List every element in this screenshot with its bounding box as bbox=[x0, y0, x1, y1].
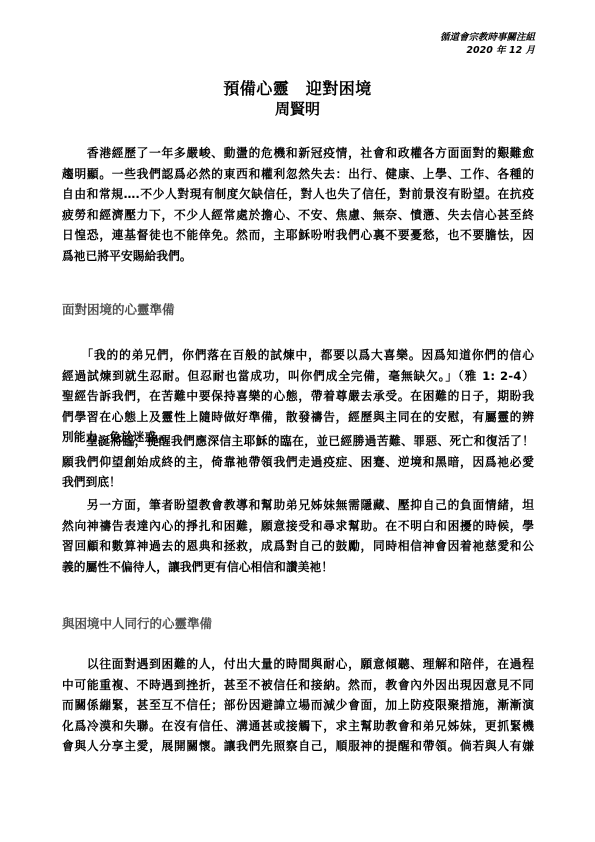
text-line: 會與人分享主愛，展開關懷。讓我們先照察自己，順服神的提醒和帶領。倘若與人有嫌 bbox=[62, 736, 534, 757]
paragraph: 以往面對遇到困難的人，付出大量的時間與耐心，願意傾聽、理解和陪伴，在過程 中可能… bbox=[62, 654, 534, 757]
text-line: 趨明顯。一些我們認爲必然的東西和權利忽然失去：出行、健康、上學、工作、各種的 bbox=[62, 164, 534, 185]
text-line: 「我的的弟兄們，你們落在百般的試煉中，都要以爲大喜樂。因爲知道你們的信心 bbox=[62, 345, 534, 366]
section-heading: 與困境中人同行的心靈準備 bbox=[62, 614, 212, 632]
text-line: 我們到底！ bbox=[62, 472, 534, 493]
header-meta: 循道會宗教時事關注組 2020 年 12 月 bbox=[440, 31, 535, 57]
intro-paragraph: 香港經歷了一年多嚴峻、動盪的危機和新冠疫情，社會和政權各方面面對的艱難愈 趨明顯… bbox=[62, 143, 534, 266]
text-line: 習回顧和數算神過去的恩典和拯救，成爲對自己的鼓勵，同時相信神會因着祂慈愛和公 bbox=[62, 536, 534, 557]
paragraph: 聖誕將臨，提醒我們應深信主耶穌的臨在，並已經勝過苦難、罪惡、死亡和復活了！ 願我… bbox=[62, 431, 534, 493]
section-heading: 面對困境的心靈準備 bbox=[62, 300, 175, 318]
text-line: 自由和常規….不少人對現有制度欠缺信任，對人也失了信任，對前景沒有盼望。在抗疫 bbox=[62, 184, 534, 205]
text-line: 中可能重複、不時遇到挫折，甚至不被信任和接納。然而，教會內外因出現因意見不同 bbox=[62, 675, 534, 696]
text-line: 而關係繃緊，甚至互不信任；部份因避諱立場而減少會面，加上防疫限聚措施，漸漸演 bbox=[62, 695, 534, 716]
text-line: 聖經告訴我們，在苦難中要保持喜樂的心態，帶着尊嚴去承受。在困難的日子，期盼我 bbox=[62, 386, 534, 407]
text-line: 化爲冷漠和失聯。在沒有信任、溝通甚或接觸下，求主幫助教會和弟兄姊妹，更抓緊機 bbox=[62, 716, 534, 737]
text-line: 們學習在心態上及靈性上隨時做好準備，散發禱告，經歷與主同在的安慰，有屬靈的辨 bbox=[62, 407, 534, 428]
text-line: 另一方面，筆者盼望教會教導和幫助弟兄姊妹無需隱藏、壓抑自己的負面情緒，坦 bbox=[62, 495, 534, 516]
date: 2020 年 12 月 bbox=[440, 44, 535, 57]
text-line: 以往面對遇到困難的人，付出大量的時間與耐心，願意傾聽、理解和陪伴，在過程 bbox=[62, 654, 534, 675]
page-title: 預備心靈 迎對困境 bbox=[0, 76, 595, 99]
org-name: 循道會宗教時事關注組 bbox=[440, 31, 535, 44]
text-line: 日惶恐，連基督徒也不能倖免。然而，主耶穌吩咐我們心裏不要憂愁，也不要膽怯，因 bbox=[62, 225, 534, 246]
text-line: 香港經歷了一年多嚴峻、動盪的危機和新冠疫情，社會和政權各方面面對的艱難愈 bbox=[62, 143, 534, 164]
text-line: 然向神禱告表達內心的掙扎和困難，願意接受和尋求幫助。在不明白和困擾的時候，學 bbox=[62, 516, 534, 537]
text-line: 經過試煉到就生忍耐。但忍耐也當成功，叫你們成全完備，毫無缺欠。」（雅 1: 2-… bbox=[62, 366, 534, 387]
text-line: 義的屬性不偏待人，讓我們更有信心相信和讚美祂！ bbox=[62, 557, 534, 578]
text-line: 聖誕將臨，提醒我們應深信主耶穌的臨在，並已經勝過苦難、罪惡、死亡和復活了！ bbox=[62, 431, 534, 452]
text-line: 疲勞和經濟壓力下，不少人經常處於擔心、不安、焦慮、無奈、憤懣、失去信心甚至終 bbox=[62, 205, 534, 226]
text-line: 願我們仰望創始成終的主，倚靠祂帶領我們走過疫症、困蹇、逆境和黑暗，因爲祂必愛 bbox=[62, 452, 534, 473]
paragraph: 另一方面，筆者盼望教會教導和幫助弟兄姊妹無需隱藏、壓抑自己的負面情緒，坦 然向神… bbox=[62, 495, 534, 577]
text-line: 爲祂已將平安賜給我們。 bbox=[62, 246, 534, 267]
author: 周賢明 bbox=[0, 98, 595, 119]
